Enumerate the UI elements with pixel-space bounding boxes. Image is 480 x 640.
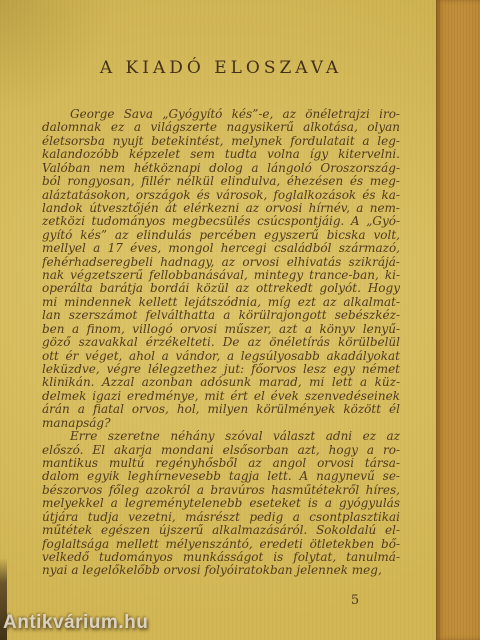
text-line: nyai a legelőkelőbb orvosi folyóiratokba… bbox=[42, 564, 400, 577]
text-line: útjára tudja vezetni, másrészt pedig a c… bbox=[42, 511, 400, 524]
text-line: operálta barátja bordái közül az ottreke… bbox=[42, 282, 400, 295]
text-line: melyekkel a legreménytelenebb eseteket i… bbox=[42, 497, 400, 510]
text-line: ben a finom, villogó orvosi műszer, azt … bbox=[42, 323, 400, 336]
text-line: előszó. El akarja mondani elsősorban azt… bbox=[42, 444, 400, 457]
text-line: delmek igazi eredménye, mit ért el évek … bbox=[42, 390, 400, 403]
page-number: 5 bbox=[330, 593, 380, 608]
text-line: fehérhadseregbeli hadnagy, az orvosi elh… bbox=[42, 256, 400, 269]
text-line: aláztatásokon, országok és városok, fogl… bbox=[42, 189, 400, 202]
text-line: ból rongyosan, fillér nélkül elindulva, … bbox=[42, 175, 400, 188]
chapter-title: A KIADÓ ELOSZAVA bbox=[42, 58, 400, 78]
text-line: Erre szeretne néhány szóval választ adni… bbox=[42, 430, 400, 443]
text-line: göző szavakkal érzékelteti. De az önélet… bbox=[42, 336, 400, 349]
text-line: landok útvesztőjén át elérkezni az orvos… bbox=[42, 202, 400, 215]
text-line: mi mindennek kellett lejátszódnia, míg e… bbox=[42, 296, 400, 309]
text-line: életsorsba nyujt betekintést, melynek fo… bbox=[42, 135, 400, 148]
text-line: manapság? bbox=[42, 417, 400, 430]
text-line: dalom egyik leghírnevesebb tagja lett. A… bbox=[42, 470, 400, 483]
text-line: nak végzetszerű fellobbanásával, mintegy… bbox=[42, 269, 400, 282]
text-line: lan szerszámot felválthatta a körülrajon… bbox=[42, 309, 400, 322]
text-line: műtétek egészen újszerű alkalmazásáról. … bbox=[42, 524, 400, 537]
text-line: bészorvos főleg azokról a bravúros hasmű… bbox=[42, 484, 400, 497]
text-line: árán a fiatal orvos, hol, milyen körülmé… bbox=[42, 403, 400, 416]
book-edge-band bbox=[436, 0, 480, 640]
text-line: ott ér véget, ahol a vándor, a legsúlyos… bbox=[42, 350, 400, 363]
text-line: leküzdve, végre lélegzethez jut: főorvos… bbox=[42, 363, 400, 376]
text-line: foglaltsága mellett mélyenszántó, eredet… bbox=[42, 538, 400, 551]
book-page-scan: A KIADÓ ELOSZAVA George Sava „Gyógyító k… bbox=[0, 0, 480, 640]
text-line: zetközi tudományos megbecsülés csúcspont… bbox=[42, 215, 400, 228]
watermark: Antikvárium.hu bbox=[3, 612, 148, 634]
paragraph-1: George Sava „Gyógyító kés”-e, az önéletr… bbox=[42, 108, 400, 430]
text-line: mellyel a 17 éves, mongol hercegi család… bbox=[42, 242, 400, 255]
text-line: George Sava „Gyógyító kés”-e, az önéletr… bbox=[42, 108, 400, 121]
text-line: gyító kés” az elindulás percében egyszer… bbox=[42, 229, 400, 242]
text-line: velkedő tudományos munkásságot is folyta… bbox=[42, 551, 400, 564]
paragraph-2: Erre szeretne néhány szóval választ adni… bbox=[42, 430, 400, 578]
text-line: klinikán. Azzal azonban adósunk marad, m… bbox=[42, 376, 400, 389]
body-text: George Sava „Gyógyító kés”-e, az önéletr… bbox=[42, 108, 400, 578]
text-line: kalandozóbb képzelet sem tudta volna így… bbox=[42, 148, 400, 161]
text-line: Valóban nem hétköznapi dolog a lángoló O… bbox=[42, 162, 400, 175]
text-line: mantikus multú regényhősből az angol orv… bbox=[42, 457, 400, 470]
text-line: dalomnak ez a világszerte nagysikerű alk… bbox=[42, 121, 400, 134]
